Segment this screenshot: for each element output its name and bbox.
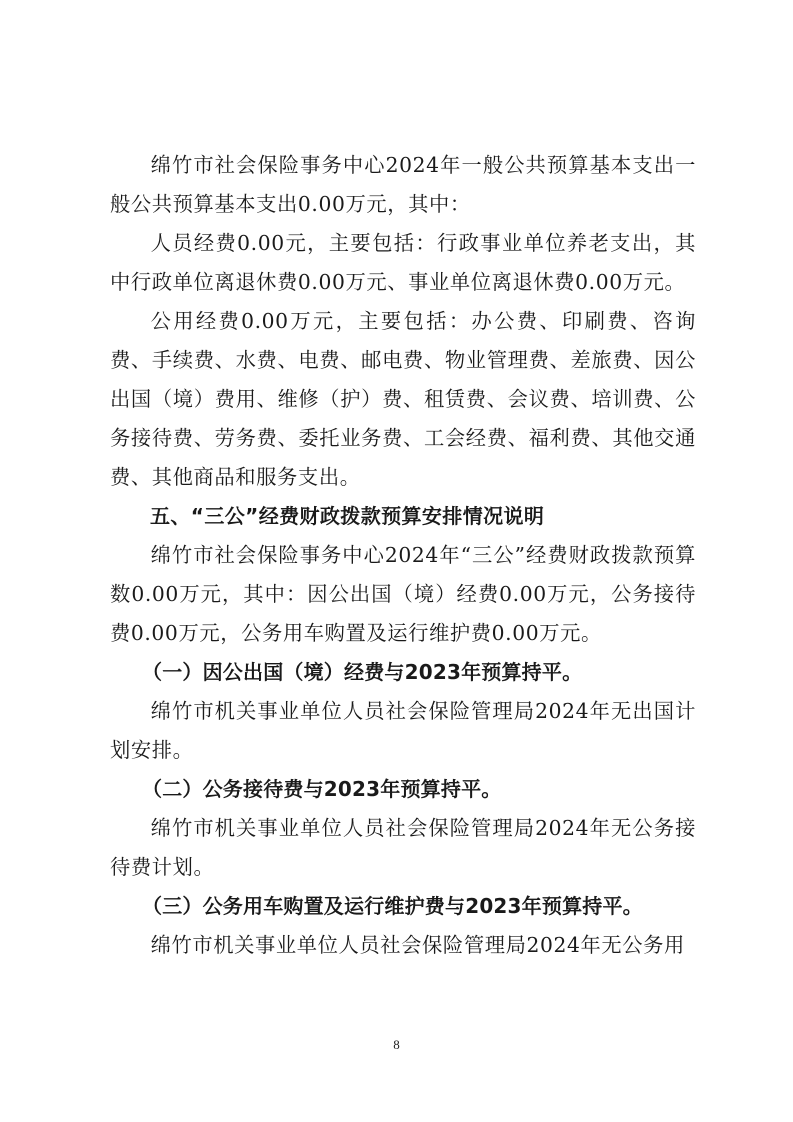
- paragraph-basic-expenditure: 绵竹市社会保险事务中心2024年一般公共预算基本支出一般公共预算基本支出0.00…: [110, 146, 696, 224]
- subheading-official-reception: （二）公务接待费与2023年预算持平。: [110, 770, 696, 809]
- paragraph-personnel-expenses: 人员经费0.00元，主要包括：行政事业单位养老支出，其中行政单位离退休费0.00…: [110, 224, 696, 302]
- section-heading-three-public: 五、“三公”经费财政拨款预算安排情况说明: [110, 497, 696, 536]
- subheading-overseas-travel: （一）因公出国（境）经费与2023年预算持平。: [110, 653, 696, 692]
- paragraph-official-reception: 绵竹市机关事业单位人员社会保险管理局2024年无公务接待费计划。: [110, 809, 696, 887]
- subheading-official-vehicles: （三）公务用车购置及运行维护费与2023年预算持平。: [110, 887, 696, 926]
- paragraph-three-public-summary: 绵竹市社会保险事务中心2024年“三公”经费财政拨款预算数0.00万元，其中：因…: [110, 536, 696, 653]
- paragraph-overseas-travel: 绵竹市机关事业单位人员社会保险管理局2024年无出国计划安排。: [110, 692, 696, 770]
- document-page: 绵竹市社会保险事务中心2024年一般公共预算基本支出一般公共预算基本支出0.00…: [110, 146, 696, 965]
- paragraph-public-expenses: 公用经费0.00万元，主要包括：办公费、印刷费、咨询费、手续费、水费、电费、邮电…: [110, 302, 696, 497]
- page-number: 8: [0, 1037, 793, 1053]
- paragraph-official-vehicles: 绵竹市机关事业单位人员社会保险管理局2024年无公务用: [110, 926, 696, 965]
